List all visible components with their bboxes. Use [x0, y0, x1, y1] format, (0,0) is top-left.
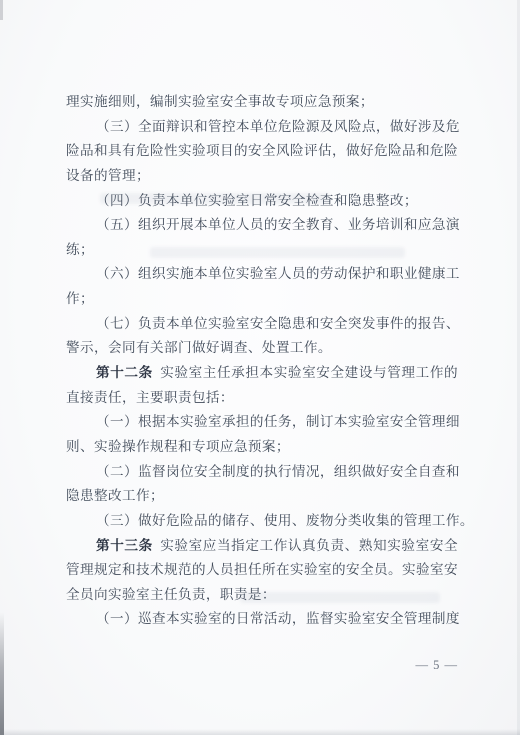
text-line: 隐患整改工作；: [66, 484, 458, 509]
text-line: （三）全面辩识和管控本单位危险源及风险点，做好涉及危: [66, 115, 458, 140]
page-number: — 5 —: [0, 658, 458, 673]
text-line: （一）巡查本实验室的日常活动，监督实验室安全管理制度: [66, 607, 458, 632]
text-line: 理实施细则，编制实验室安全事故专项应急预案；: [66, 90, 458, 115]
text-line: （六）组织实施本单位实验室人员的劳动保护和职业健康工: [66, 262, 458, 287]
bleedthrough-smudge: [150, 247, 405, 258]
article-text: 实验室主任承担本实验室安全建设与管理工作的: [160, 365, 458, 380]
paragraph-article-12: 第十二条实验室主任承担本实验室安全建设与管理工作的 直接责任，主要职责包括：: [66, 361, 458, 410]
article-number: 第十二条: [96, 365, 153, 380]
paragraph: （一）根据本实验室承担的任务，制订本实验室安全管理细 则、实验操作规程和专项应急…: [66, 410, 458, 459]
paragraph: （二）监督岗位安全制度的执行情况，组织做好安全自查和 隐患整改工作；: [66, 460, 458, 509]
text-line: 作；: [66, 287, 458, 312]
text-line: 管理规定和技术规范的人员担任所在实验室的安全员。实验室安: [66, 558, 458, 583]
text-line: （七）负责本单位实验室安全隐患和安全突发事件的报告、: [66, 312, 458, 337]
text-line: 直接责任，主要职责包括：: [66, 386, 458, 411]
document-body: 理实施细则，编制实验室安全事故专项应急预案； （三）全面辩识和管控本单位危险源及…: [66, 90, 458, 632]
paragraph: （一）巡查本实验室的日常活动，监督实验室安全管理制度: [66, 607, 458, 632]
paragraph: （三）做好危险品的储存、使用、废物分类收集的管理工作。: [66, 509, 458, 534]
text-line: 第十二条实验室主任承担本实验室安全建设与管理工作的: [66, 361, 458, 386]
paragraph: （七）负责本单位实验室安全隐患和安全突发事件的报告、 警示，会同有关部门做好调查…: [66, 312, 458, 361]
scanned-document-page: 理实施细则，编制实验室安全事故专项应急预案； （三）全面辩识和管控本单位危险源及…: [0, 0, 520, 735]
bleedthrough-smudge: [100, 193, 330, 204]
bleedthrough-smudge: [240, 592, 440, 603]
article-text: 实验室应当指定工作认真负责、熟知实验室安全: [160, 538, 458, 553]
text-line: 警示，会同有关部门做好调查、处置工作。: [66, 336, 458, 361]
paragraph: （六）组织实施本单位实验室人员的劳动保护和职业健康工 作；: [66, 262, 458, 311]
text-line: （一）根据本实验室承担的任务，制订本实验室安全管理细: [66, 410, 458, 435]
paragraph: 理实施细则，编制实验室安全事故专项应急预案；: [66, 90, 458, 115]
text-line: 则、实验操作规程和专项应急预案；: [66, 435, 458, 460]
scan-edge-artifact: [0, 0, 3, 20]
text-line: 设备的管理；: [66, 164, 458, 189]
paragraph: （三）全面辩识和管控本单位危险源及风险点，做好涉及危 险品和具有危险性实验项目的…: [66, 115, 458, 189]
article-number: 第十三条: [96, 538, 153, 553]
scan-edge-artifact: [0, 612, 4, 735]
text-line: （五）组织开展本单位人员的安全教育、业务培训和应急演: [66, 213, 458, 238]
text-line: 第十三条实验室应当指定工作认真负责、熟知实验室安全: [66, 534, 458, 559]
text-line: 险品和具有危险性实验项目的安全风险评估，做好危险品和危险: [66, 139, 458, 164]
text-line: （二）监督岗位安全制度的执行情况，组织做好安全自查和: [66, 460, 458, 485]
scan-edge-shadow: [0, 729, 520, 735]
text-line: （三）做好危险品的储存、使用、废物分类收集的管理工作。: [66, 509, 458, 534]
